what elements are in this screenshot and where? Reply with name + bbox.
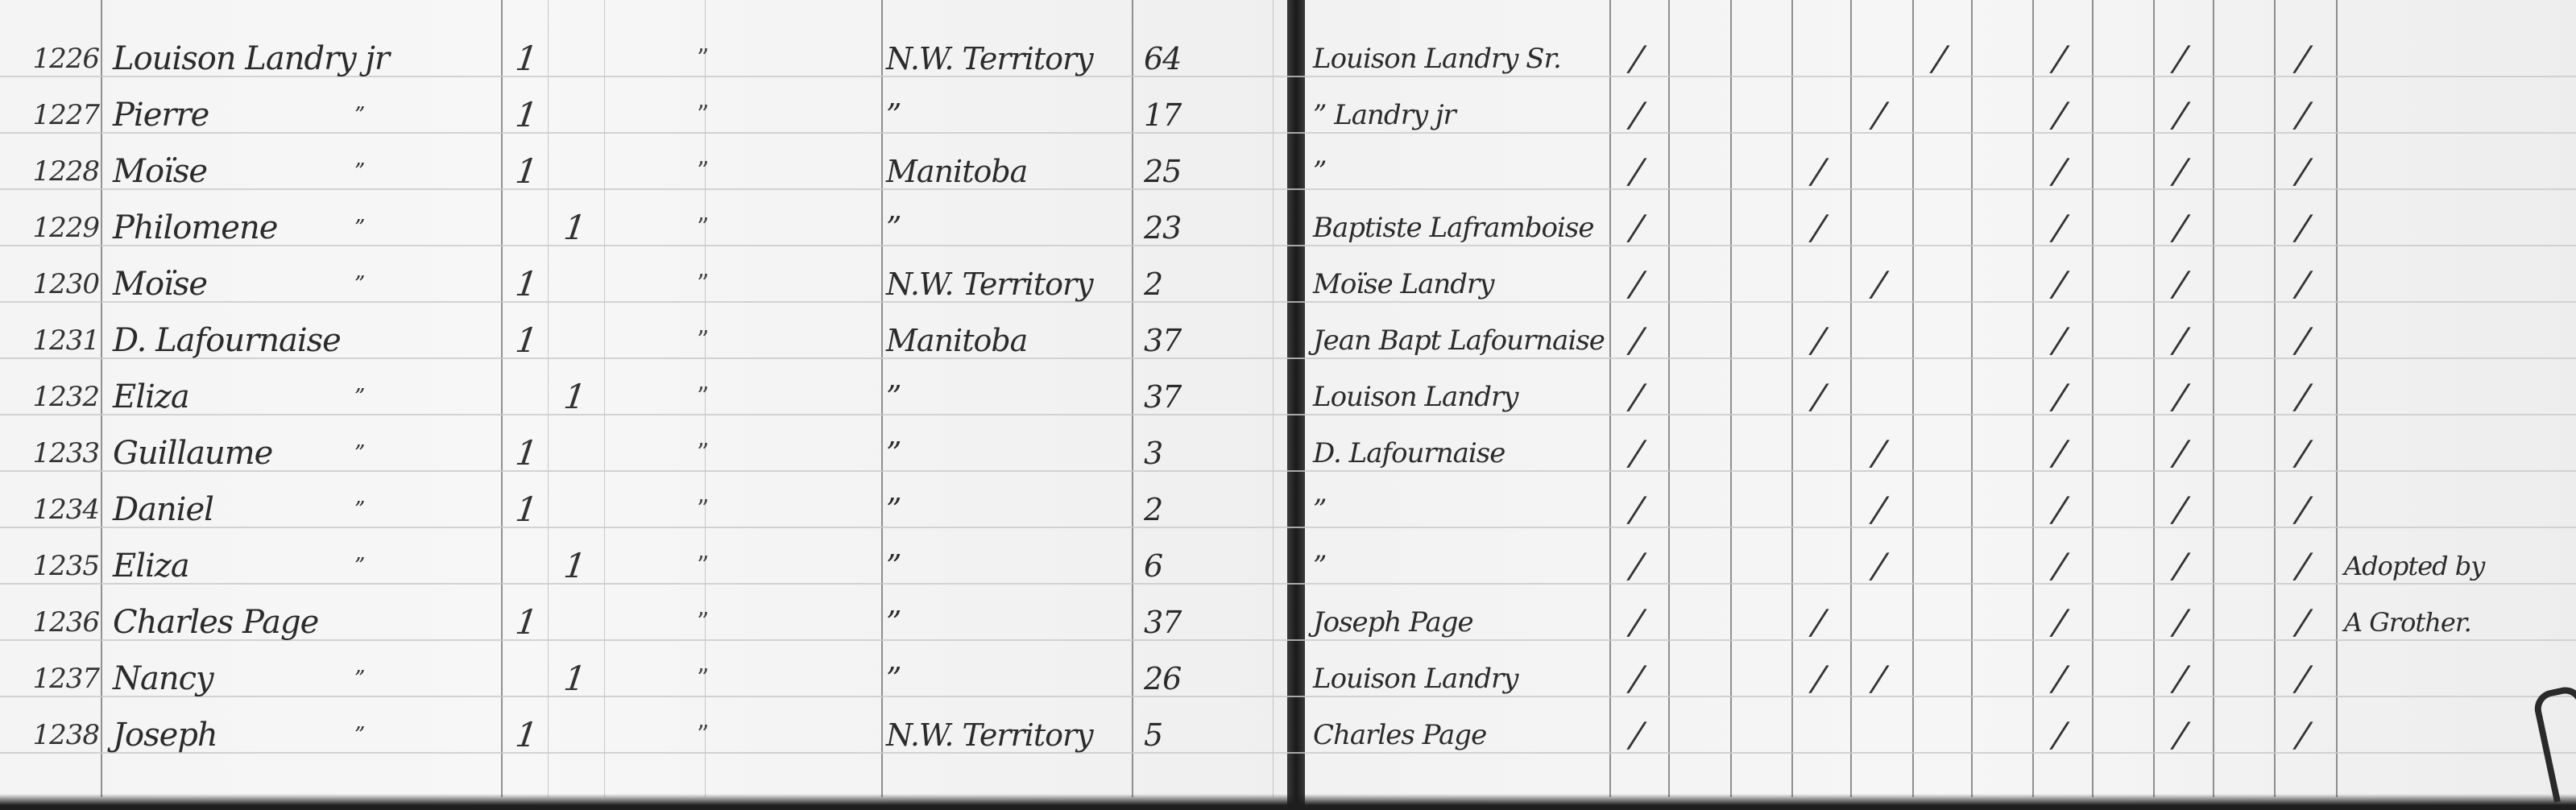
age-value: 37 <box>1144 372 1265 422</box>
ledger-row: 1229Philomene”1””23Baptiste Laframboise/… <box>0 203 2576 253</box>
column-tick: / <box>2046 90 2073 140</box>
person-name: Charles Page <box>113 597 491 647</box>
ledger-row: 1228Moïse”1”Manitoba25”///// <box>0 147 2576 196</box>
ledger-row: 1235Eliza”1””6”/////Adopted by <box>0 541 2576 591</box>
status-ditto: ” <box>697 597 708 647</box>
page-bottom-shadow <box>0 794 2576 810</box>
column-tick: / <box>2046 372 2073 422</box>
person-name-text: Moïse <box>113 153 207 190</box>
column-tick: / <box>1622 597 1649 647</box>
column-tick: / <box>1622 259 1649 309</box>
origin-place: ” <box>886 654 1128 704</box>
origin-place: Manitoba <box>886 316 1128 366</box>
origin-place: ” <box>886 90 1128 140</box>
parent-name: Moïse Landry <box>1313 259 1603 309</box>
column-tick: / <box>2167 597 2193 647</box>
column-tick: / <box>2046 428 2073 478</box>
ditto-mark: ” <box>354 541 364 591</box>
ditto-mark: ” <box>354 710 364 760</box>
person-name: Daniel” <box>113 485 491 535</box>
column-tick: / <box>2046 316 2073 366</box>
column-tick: / <box>1622 34 1649 84</box>
column-tick: / <box>2046 203 2073 253</box>
origin-place: N.W. Territory <box>886 34 1128 84</box>
column-tick: / <box>2046 541 2073 591</box>
male-tick: 1 <box>507 34 545 84</box>
column-tick: / <box>1622 541 1649 591</box>
male-tick: 1 <box>507 485 545 535</box>
person-name-text: Charles Page <box>113 604 318 641</box>
male-tick: 1 <box>507 147 545 196</box>
ditto-mark: ” <box>354 147 364 196</box>
parent-name: Charles Page <box>1313 710 1603 760</box>
parent-name: Jean Bapt Lafournaise <box>1313 316 1603 366</box>
column-tick: / <box>1865 654 1891 704</box>
ledger-row: 1233Guillaume”1””3D. Lafournaise///// <box>0 428 2576 478</box>
column-tick: / <box>2288 654 2315 704</box>
column-tick: / <box>1622 372 1649 422</box>
column-tick: / <box>2288 541 2315 591</box>
column-tick: / <box>1622 428 1649 478</box>
entry-number: 1232 <box>6 372 99 422</box>
ditto-mark: ” <box>354 372 364 422</box>
person-name-text: Louison Landry jr <box>113 40 389 77</box>
column-tick: / <box>2167 34 2193 84</box>
column-tick: / <box>2167 428 2193 478</box>
status-ditto: ” <box>697 485 708 535</box>
person-name-text: Joseph <box>113 717 217 754</box>
parent-name: Louison Landry <box>1313 654 1603 704</box>
column-tick: / <box>2288 203 2315 253</box>
parent-name: Louison Landry <box>1313 372 1603 422</box>
ditto-mark: ” <box>354 654 364 704</box>
column-tick: / <box>2046 710 2073 760</box>
age-value: 2 <box>1144 259 1265 309</box>
origin-place: N.W. Territory <box>886 710 1128 760</box>
parent-name: Joseph Page <box>1313 597 1603 647</box>
column-tick: / <box>1622 147 1649 196</box>
male-tick: 1 <box>507 597 545 647</box>
age-value: 37 <box>1144 597 1265 647</box>
ditto-mark: ” <box>354 259 364 309</box>
female-tick: 1 <box>556 654 593 704</box>
person-name: Pierre” <box>113 90 491 140</box>
origin-place: ” <box>886 485 1128 535</box>
person-name: Nancy” <box>113 654 491 704</box>
person-name-text: Daniel <box>113 491 213 528</box>
person-name: Moïse” <box>113 147 491 196</box>
column-tick: / <box>1622 203 1649 253</box>
column-tick: / <box>1804 203 1831 253</box>
parent-name: ” <box>1313 541 1603 591</box>
parent-name: Baptiste Laframboise <box>1313 203 1603 253</box>
status-ditto: ” <box>697 203 708 253</box>
column-tick: / <box>2288 316 2315 366</box>
ledger-row: 1234Daniel”1””2”///// <box>0 485 2576 535</box>
age-value: 5 <box>1144 710 1265 760</box>
entry-number: 1230 <box>6 259 99 309</box>
column-tick: / <box>2288 259 2315 309</box>
female-tick: 1 <box>556 203 593 253</box>
column-tick: / <box>1622 654 1649 704</box>
column-tick: / <box>1804 654 1831 704</box>
age-value: 26 <box>1144 654 1265 704</box>
origin-place: ” <box>886 541 1128 591</box>
age-value: 23 <box>1144 203 1265 253</box>
column-tick: / <box>1622 316 1649 366</box>
person-name: Joseph” <box>113 710 491 760</box>
entry-number: 1234 <box>6 485 99 535</box>
column-tick: / <box>2167 541 2193 591</box>
column-tick: / <box>1865 428 1891 478</box>
remark-text: Adopted by <box>2344 541 2570 591</box>
parent-name: D. Lafournaise <box>1313 428 1603 478</box>
column-tick: / <box>1804 316 1831 366</box>
column-tick: / <box>2288 597 2315 647</box>
person-name: Louison Landry jr <box>113 34 491 84</box>
female-tick: 1 <box>556 372 593 422</box>
column-tick: / <box>2288 485 2315 535</box>
person-name-text: Eliza <box>113 548 189 585</box>
column-tick: / <box>1865 485 1891 535</box>
status-ditto: ” <box>697 654 708 704</box>
column-tick: / <box>1925 34 1952 84</box>
parent-name: Louison Landry Sr. <box>1313 34 1603 84</box>
entry-number: 1228 <box>6 147 99 196</box>
age-value: 3 <box>1144 428 1265 478</box>
ledger-row: 1238Joseph”1”N.W. Territory5Charles Page… <box>0 710 2576 760</box>
status-ditto: ” <box>697 428 708 478</box>
age-value: 64 <box>1144 34 1265 84</box>
column-tick: / <box>2046 597 2073 647</box>
column-tick: / <box>2167 372 2193 422</box>
male-tick: 1 <box>507 90 545 140</box>
male-tick: 1 <box>507 259 545 309</box>
origin-place: ” <box>886 428 1128 478</box>
column-tick: / <box>2167 710 2193 760</box>
parent-name: ” <box>1313 147 1603 196</box>
remark-text: A Grother. <box>2344 597 2570 647</box>
person-name-text: Eliza <box>113 378 189 415</box>
origin-place: ” <box>886 597 1128 647</box>
person-name-text: D. Lafournaise <box>113 322 341 359</box>
entry-number: 1231 <box>6 316 99 366</box>
column-tick: / <box>2288 428 2315 478</box>
ledger-row: 1231D. Lafournaise1”Manitoba37Jean Bapt … <box>0 316 2576 366</box>
entry-number: 1229 <box>6 203 99 253</box>
status-ditto: ” <box>697 316 708 366</box>
person-name-text: Pierre <box>113 97 209 134</box>
column-tick: / <box>1622 710 1649 760</box>
origin-place: Manitoba <box>886 147 1128 196</box>
column-tick: / <box>2046 654 2073 704</box>
entry-number: 1235 <box>6 541 99 591</box>
column-tick: / <box>2167 316 2193 366</box>
column-tick: / <box>2046 259 2073 309</box>
ledger-row: 1236Charles Page1””37Joseph Page/////A G… <box>0 597 2576 647</box>
entry-number: 1227 <box>6 90 99 140</box>
entry-number: 1233 <box>6 428 99 478</box>
person-name: Eliza” <box>113 541 491 591</box>
column-tick: / <box>1804 147 1831 196</box>
ledger-row: 1227Pierre”1””17” Landry jr///// <box>0 90 2576 140</box>
person-name: Guillaume” <box>113 428 491 478</box>
ditto-mark: ” <box>354 90 364 140</box>
entry-number: 1237 <box>6 654 99 704</box>
column-tick: / <box>1865 259 1891 309</box>
status-ditto: ” <box>697 541 708 591</box>
ditto-mark: ” <box>354 428 364 478</box>
age-value: 25 <box>1144 147 1265 196</box>
entry-number: 1236 <box>6 597 99 647</box>
column-tick: / <box>1865 541 1891 591</box>
person-name: D. Lafournaise <box>113 316 491 366</box>
male-tick: 1 <box>507 316 545 366</box>
parent-name: ” Landry jr <box>1313 90 1603 140</box>
status-ditto: ” <box>697 710 708 760</box>
status-ditto: ” <box>697 259 708 309</box>
person-name-text: Guillaume <box>113 435 272 472</box>
status-ditto: ” <box>697 147 708 196</box>
column-tick: / <box>2288 372 2315 422</box>
ledger-row: 1226Louison Landry jr1”N.W. Territory64L… <box>0 34 2576 84</box>
person-name-text: Philomene <box>113 209 277 246</box>
column-tick: / <box>2046 485 2073 535</box>
column-tick: / <box>2167 203 2193 253</box>
ledger-row: 1232Eliza”1””37Louison Landry///// <box>0 372 2576 422</box>
female-tick: 1 <box>556 541 593 591</box>
column-tick: / <box>2288 90 2315 140</box>
column-tick: / <box>2167 147 2193 196</box>
column-tick: / <box>1804 597 1831 647</box>
ditto-mark: ” <box>354 485 364 535</box>
column-tick: / <box>1804 372 1831 422</box>
male-tick: 1 <box>507 428 545 478</box>
entry-number: 1238 <box>6 710 99 760</box>
column-tick: / <box>2167 259 2193 309</box>
column-tick: / <box>2288 34 2315 84</box>
column-tick: / <box>2046 147 2073 196</box>
male-tick: 1 <box>507 710 545 760</box>
column-tick: / <box>2288 710 2315 760</box>
person-name-text: Moïse <box>113 266 207 303</box>
ledger-row: 1237Nancy”1””26Louison Landry////// <box>0 654 2576 704</box>
origin-place: N.W. Territory <box>886 259 1128 309</box>
ditto-mark: ” <box>354 203 364 253</box>
column-tick: / <box>1622 90 1649 140</box>
person-name: Eliza” <box>113 372 491 422</box>
column-tick: / <box>2167 654 2193 704</box>
parent-name: ” <box>1313 485 1603 535</box>
status-ditto: ” <box>697 90 708 140</box>
ledger-row: 1230Moïse”1”N.W. Territory2Moïse Landry/… <box>0 259 2576 309</box>
person-name: Moïse” <box>113 259 491 309</box>
column-tick: / <box>2167 90 2193 140</box>
status-ditto: ” <box>697 372 708 422</box>
column-tick: / <box>1622 485 1649 535</box>
status-ditto: ” <box>697 34 708 84</box>
column-tick: / <box>2288 147 2315 196</box>
age-value: 6 <box>1144 541 1265 591</box>
age-value: 37 <box>1144 316 1265 366</box>
age-value: 2 <box>1144 485 1265 535</box>
age-value: 17 <box>1144 90 1265 140</box>
column-tick: / <box>2167 485 2193 535</box>
origin-place: ” <box>886 372 1128 422</box>
person-name-text: Nancy <box>113 660 213 697</box>
entry-number: 1226 <box>6 34 99 84</box>
person-name: Philomene” <box>113 203 491 253</box>
origin-place: ” <box>886 203 1128 253</box>
column-tick: / <box>1865 90 1891 140</box>
column-tick: / <box>2046 34 2073 84</box>
